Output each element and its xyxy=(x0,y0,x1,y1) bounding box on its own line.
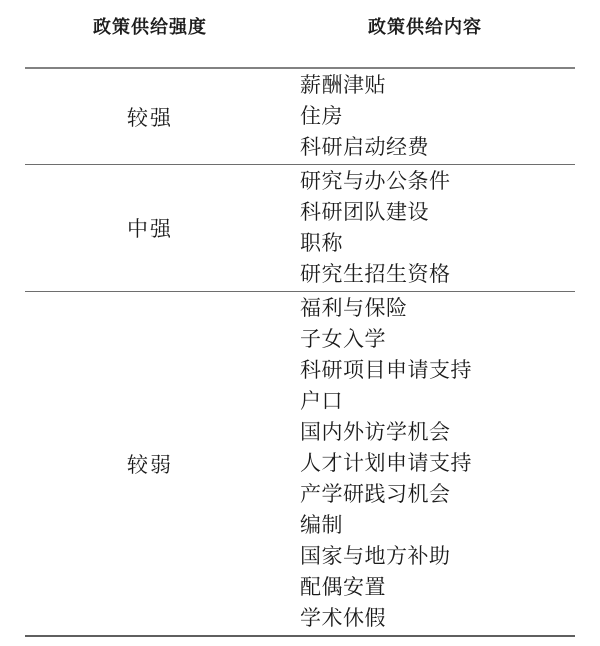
content-item: 子女入学 xyxy=(300,324,575,355)
content-item: 研究与办公条件 xyxy=(300,166,575,197)
content-item: 科研项目申请支持 xyxy=(300,355,575,386)
content-item: 科研启动经费 xyxy=(300,132,575,163)
content-cell: 薪酬津贴住房科研启动经费 xyxy=(275,69,575,164)
content-item: 职称 xyxy=(300,228,575,259)
content-item: 产学研践习机会 xyxy=(300,479,575,510)
content-item: 研究生招生资格 xyxy=(300,259,575,290)
header-policy-supply-content: 政策供给内容 xyxy=(275,0,575,67)
content-item: 国内外访学机会 xyxy=(300,417,575,448)
content-cell: 福利与保险子女入学科研项目申请支持户口国内外访学机会人才计划申请支持产学研践习机… xyxy=(275,292,575,635)
header-policy-supply-strength: 政策供给强度 xyxy=(25,0,275,67)
strength-label: 较强 xyxy=(25,69,275,164)
content-item: 科研团队建设 xyxy=(300,197,575,228)
policy-supply-table: 政策供给强度 政策供给内容 较强薪酬津贴住房科研启动经费中强研究与办公条件科研团… xyxy=(25,0,575,637)
table-header-row: 政策供给强度 政策供给内容 xyxy=(25,0,575,69)
content-item: 学术休假 xyxy=(300,603,575,634)
table-body: 较强薪酬津贴住房科研启动经费中强研究与办公条件科研团队建设职称研究生招生资格较弱… xyxy=(25,69,575,637)
table-group-row: 较弱福利与保险子女入学科研项目申请支持户口国内外访学机会人才计划申请支持产学研践… xyxy=(25,291,575,635)
content-item: 国家与地方补助 xyxy=(300,541,575,572)
paper-table-page: 政策供给强度 政策供给内容 较强薪酬津贴住房科研启动经费中强研究与办公条件科研团… xyxy=(0,0,600,646)
table-group-row: 较强薪酬津贴住房科研启动经费 xyxy=(25,69,575,164)
content-item: 薪酬津贴 xyxy=(300,70,575,101)
table-group-row: 中强研究与办公条件科研团队建设职称研究生招生资格 xyxy=(25,164,575,291)
strength-label: 中强 xyxy=(25,165,275,291)
content-item: 编制 xyxy=(300,510,575,541)
content-item: 住房 xyxy=(300,101,575,132)
content-item: 人才计划申请支持 xyxy=(300,448,575,479)
content-item: 配偶安置 xyxy=(300,572,575,603)
strength-label: 较弱 xyxy=(25,292,275,635)
content-item: 福利与保险 xyxy=(300,293,575,324)
content-cell: 研究与办公条件科研团队建设职称研究生招生资格 xyxy=(275,165,575,291)
content-item: 户口 xyxy=(300,386,575,417)
